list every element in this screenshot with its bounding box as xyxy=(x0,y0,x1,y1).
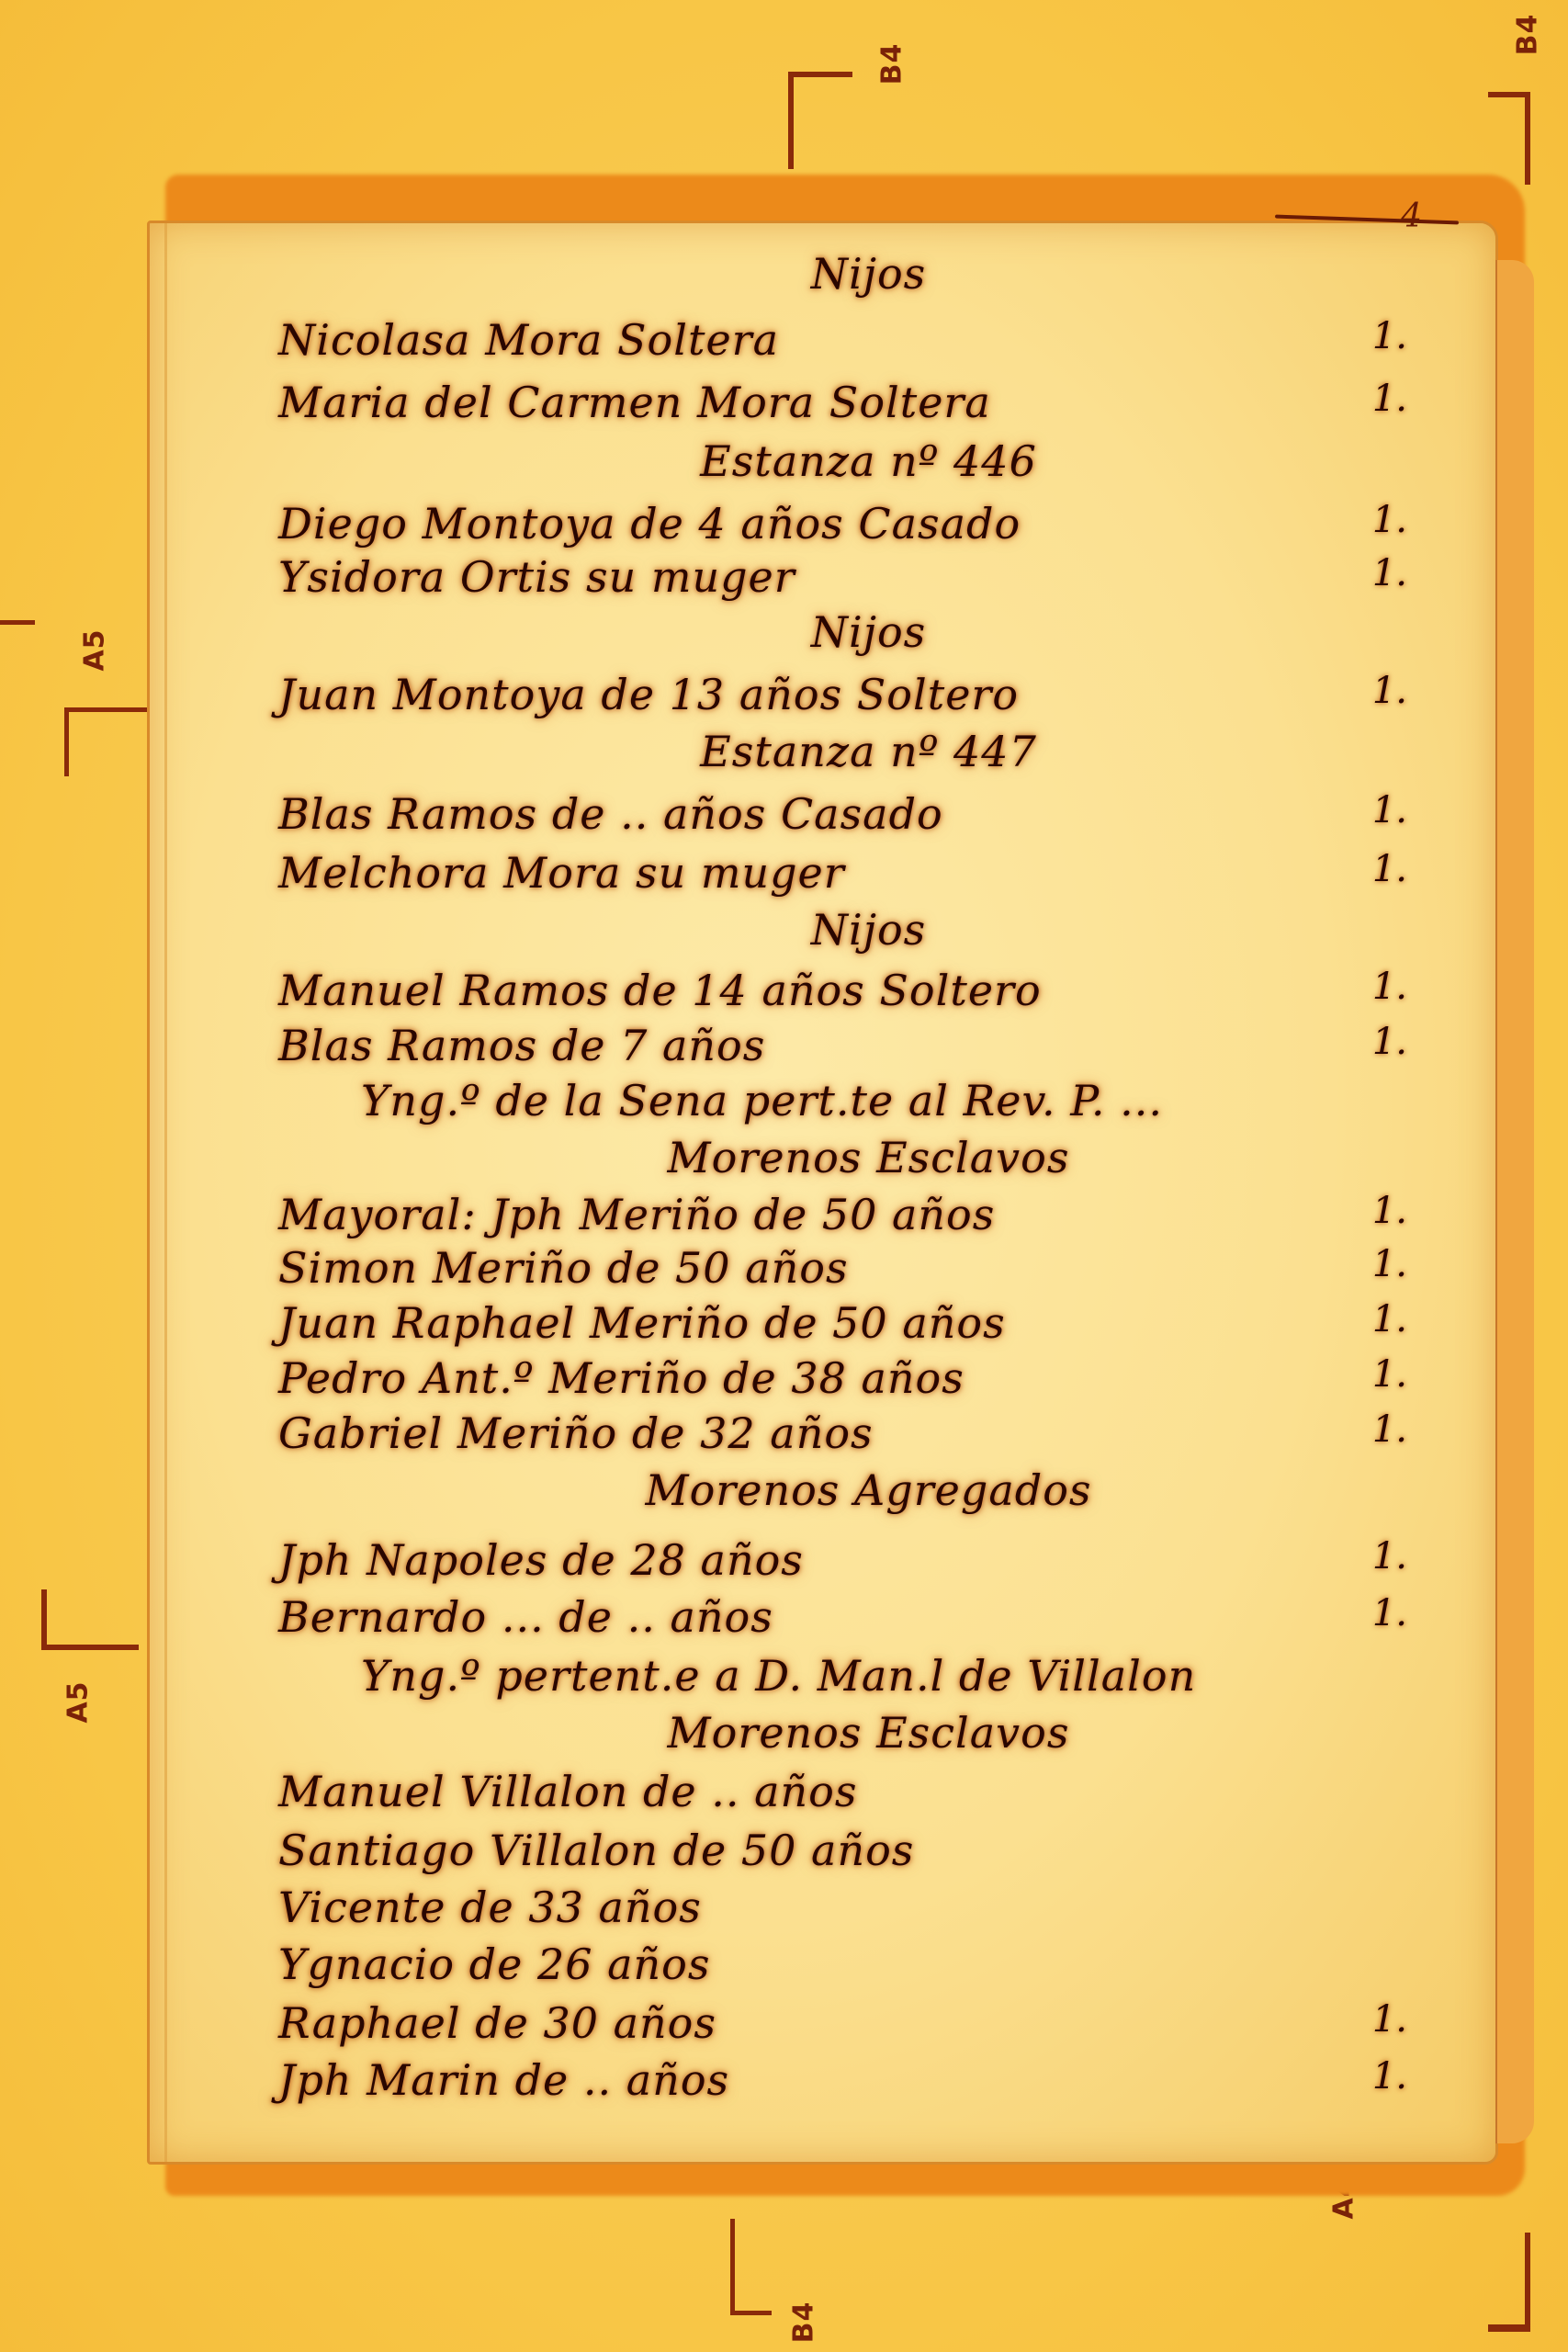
entry-line: Manuel Ramos de 14 años Soltero xyxy=(278,966,1413,1015)
tally-mark: 1. xyxy=(1372,670,1407,712)
crop-mark-bottom-right xyxy=(1488,2233,1530,2332)
entry-line: Maria del Carmen Mora Soltera xyxy=(278,378,1413,427)
crop-label-top-right: B4 xyxy=(1511,14,1543,56)
tally-mark: 1. xyxy=(1372,966,1407,1008)
heading-line: Morenos Esclavos xyxy=(425,1133,1312,1182)
entry-line: Melchora Mora su muger xyxy=(278,848,1413,898)
crop-mark-left-lower xyxy=(41,1589,139,1650)
crop-label-left-lower: A5 xyxy=(62,1680,95,1723)
entry-line: Gabriel Meriño de 32 años xyxy=(278,1408,1413,1458)
tally-mark: 1. xyxy=(1372,2055,1407,2098)
entry-line: Ygnacio de 26 años xyxy=(278,1939,1413,1989)
subheading-line: Yng.º de la Sena pert.te al Rev. P. ... xyxy=(361,1076,1413,1125)
entry-line: Juan Montoya de 13 años Soltero xyxy=(278,670,1413,719)
tally-mark: 1. xyxy=(1372,552,1407,594)
tally-mark: 1. xyxy=(1372,1298,1407,1340)
entry-line: Simon Meriño de 50 años xyxy=(278,1243,1413,1293)
tally-mark: 1. xyxy=(1372,315,1407,357)
tally-mark: 1. xyxy=(1372,1243,1407,1285)
heading-line: Estanza nº 446 xyxy=(425,436,1312,486)
page-edge xyxy=(1495,260,1534,2143)
subheading-line: Yng.º pertent.e a D. Man.l de Villalon xyxy=(361,1651,1413,1701)
crop-mark-bottom-left xyxy=(730,2219,772,2315)
entry-line: Raphael de 30 años xyxy=(278,1998,1413,2048)
crop-label-left-upper: A5 xyxy=(79,628,111,671)
crop-label-top-left: B4 xyxy=(875,43,908,85)
manuscript-page: 4 Nijos Nicolasa Mora Soltera Maria del … xyxy=(147,220,1498,2165)
heading-line: Morenos Agregados xyxy=(425,1465,1312,1515)
entry-line: Pedro Ant.º Meriño de 38 años xyxy=(278,1353,1413,1403)
entry-line: Juan Raphael Meriño de 50 años xyxy=(278,1298,1413,1348)
tally-mark: 1. xyxy=(1372,1021,1407,1063)
entry-line: Blas Ramos de .. años Casado xyxy=(278,789,1413,839)
tally-mark: 1. xyxy=(1372,1535,1407,1577)
manuscript-lines: Nijos Nicolasa Mora Soltera Maria del Ca… xyxy=(150,223,1495,2162)
crop-mark-left-upper xyxy=(0,620,35,625)
tally-mark: 1. xyxy=(1372,1353,1407,1396)
crop-mark-top-right xyxy=(1488,92,1530,185)
heading-line: Nijos xyxy=(425,249,1312,299)
heading-line: Morenos Esclavos xyxy=(425,1708,1312,1758)
entry-line: Santiago Villalon de 50 años xyxy=(278,1826,1413,1875)
entry-line: Mayoral: Jph Meriño de 50 años xyxy=(278,1190,1413,1239)
tally-mark: 1. xyxy=(1372,378,1407,420)
heading-line: Nijos xyxy=(425,607,1312,657)
heading-line: Estanza nº 447 xyxy=(425,727,1312,776)
entry-line: Bernardo ... de .. años xyxy=(278,1592,1413,1642)
crop-label-bottom-left: B4 xyxy=(787,2301,819,2344)
tally-mark: 1. xyxy=(1372,789,1407,831)
entry-line: Diego Montoya de 4 años Casado xyxy=(278,499,1413,548)
entry-line: Blas Ramos de 7 años xyxy=(278,1021,1413,1070)
tally-mark: 1. xyxy=(1372,848,1407,890)
crop-mark-left-upper-corner xyxy=(64,707,152,776)
tally-mark: 1. xyxy=(1372,1592,1407,1634)
crop-mark-top-left xyxy=(788,72,852,169)
tally-mark: 1. xyxy=(1372,1408,1407,1451)
entry-line: Jph Marin de .. años xyxy=(278,2055,1413,2105)
tally-mark: 1. xyxy=(1372,1190,1407,1232)
tally-mark: 1. xyxy=(1372,1998,1407,2041)
entry-line: Jph Napoles de 28 años xyxy=(278,1535,1413,1585)
entry-line: Ysidora Ortis su muger xyxy=(278,552,1413,602)
tally-mark: 1. xyxy=(1372,499,1407,541)
entry-line: Vicente de 33 años xyxy=(278,1883,1413,1932)
entry-line: Manuel Villalon de .. años xyxy=(278,1767,1413,1816)
entry-line: Nicolasa Mora Soltera xyxy=(278,315,1413,365)
heading-line: Nijos xyxy=(425,905,1312,955)
